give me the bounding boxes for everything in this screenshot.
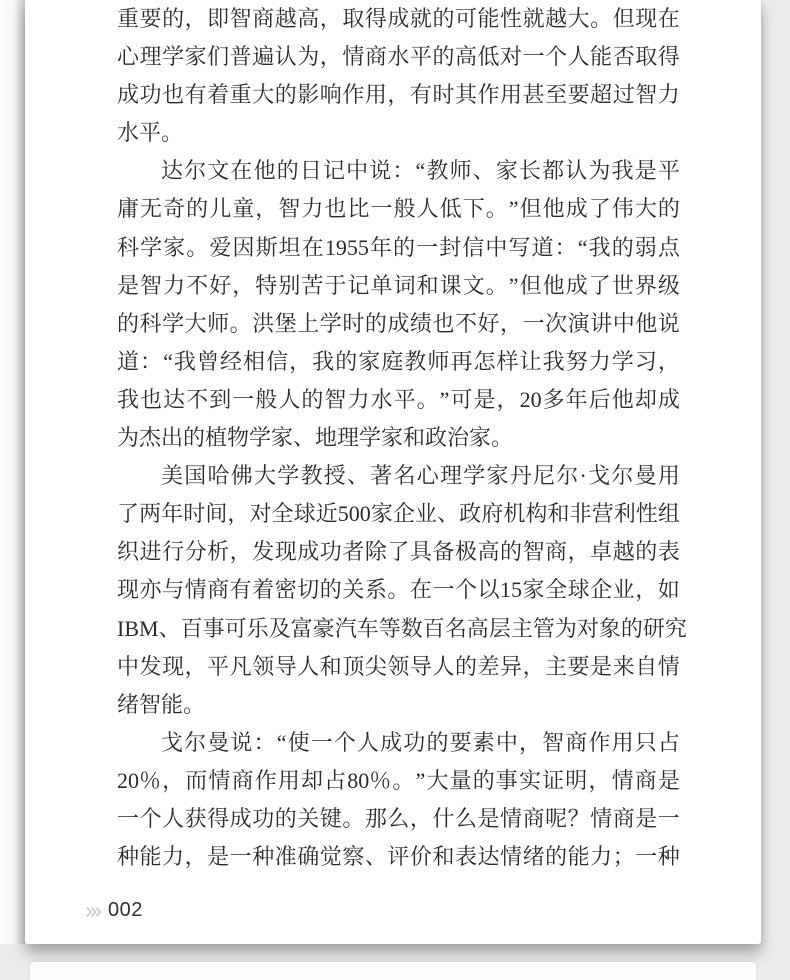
text-line: 庸无奇的儿童，智力也比一般人低下。”但他成了伟大的 [117, 190, 680, 228]
paragraph: 美国哈佛大学教授、著名心理学家丹尼尔·戈尔曼用了两年时间，对全球近500家企业、… [117, 457, 680, 724]
chevrons-icon: ››› [85, 898, 99, 922]
text-line: 成功也有着重大的影响作用，有时其作用甚至要超过智力 [117, 76, 680, 114]
next-page-edge [30, 962, 756, 980]
text-line: 水平。 [117, 114, 680, 152]
text-line: 重要的，即智商越高，取得成就的可能性就越大。但现在 [117, 0, 680, 38]
text-line: 心理学家们普遍认为，情商水平的高低对一个人能否取得 [117, 38, 680, 76]
paragraph: 重要的，即智商越高，取得成就的可能性就越大。但现在心理学家们普遍认为，情商水平的… [117, 0, 680, 152]
text-line: 为杰出的植物学家、地理学家和政治家。 [117, 419, 680, 457]
text-line: 我也达不到一般人的智力水平。”可是，20多年后他却成 [117, 381, 680, 419]
text-line: 20％，而情商作用却占80％。”大量的事实证明，情商是 [117, 762, 680, 800]
page-footer: ››› 002 [85, 898, 143, 922]
text-line: 绪智能。 [117, 686, 680, 724]
book-page: 重要的，即智商越高，取得成就的可能性就越大。但现在心理学家们普遍认为，情商水平的… [25, 0, 761, 944]
text-line: 的科学大师。洪堡上学时的成绩也不好，一次演讲中他说 [117, 305, 680, 343]
paragraph: 达尔文在他的日记中说：“教师、家长都认为我是平庸无奇的儿童，智力也比一般人低下。… [117, 152, 680, 457]
text-line: 现亦与情商有着密切的关系。在一个以15家全球企业，如 [117, 571, 680, 609]
text-line: 道：“我曾经相信，我的家庭教师再怎样让我努力学习， [117, 343, 680, 381]
text-line: 美国哈佛大学教授、著名心理学家丹尼尔·戈尔曼用 [117, 457, 680, 495]
paragraph: 戈尔曼说：“使一个人成功的要素中，智商作用只占20％，而情商作用却占80％。”大… [117, 724, 680, 876]
spine-shadow [0, 0, 25, 944]
page-number: 002 [108, 898, 143, 922]
text-line: IBM、百事可乐及富豪汽车等数百名高层主管为对象的研究 [117, 610, 680, 648]
text-line: 达尔文在他的日记中说：“教师、家长都认为我是平 [117, 152, 680, 190]
reader-background: 重要的，即智商越高，取得成就的可能性就越大。但现在心理学家们普遍认为，情商水平的… [0, 0, 790, 980]
text-line: 科学家。爱因斯坦在1955年的一封信中写道：“我的弱点 [117, 229, 680, 267]
text-line: 一个人获得成功的关键。那么，什么是情商呢？情商是一 [117, 800, 680, 838]
text-line: 戈尔曼说：“使一个人成功的要素中，智商作用只占 [117, 724, 680, 762]
page-text: 重要的，即智商越高，取得成就的可能性就越大。但现在心理学家们普遍认为，情商水平的… [117, 0, 680, 876]
text-line: 种能力，是一种准确觉察、评价和表达情绪的能力；一种 [117, 838, 680, 876]
text-line: 了两年时间，对全球近500家企业、政府机构和非营利性组 [117, 495, 680, 533]
text-line: 中发现，平凡领导人和顶尖领导人的差异，主要是来自情 [117, 648, 680, 686]
text-line: 是智力不好，特别苦于记单词和课文。”但他成了世界级 [117, 267, 680, 305]
text-line: 织进行分析，发现成功者除了具备极高的智商，卓越的表 [117, 533, 680, 571]
